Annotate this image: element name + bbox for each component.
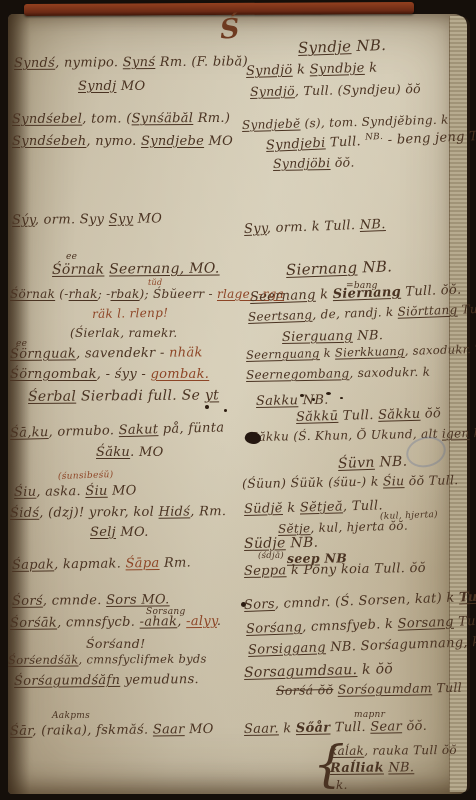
manuscript-line: Śorśagumdśăfn yemuduns. (14, 673, 199, 688)
manuscript-line: Śörnak (-rhak; -rbak); Śbŭeerr - rlage, … (10, 288, 284, 300)
manuscript-line: Siernang NB. (286, 259, 393, 278)
manuscript-line: räk l. rlenp! (92, 307, 168, 320)
ink-speck (241, 602, 246, 607)
ink-speck (205, 405, 209, 409)
manuscript-line: Śiu, aska. Śiu MO (14, 484, 137, 499)
manuscript-line: Śörngombak, - śyy - gombak. (10, 368, 209, 381)
manuscript-line: Sorsagumdsau. k ŏŏ (244, 662, 393, 680)
manuscript-line: kaĺak, rauka Tull ŏŏ (330, 744, 457, 757)
superscript-note: (śunsibeśŭ) (58, 471, 114, 482)
manuscript-line: Sĕtje, kul, hjerta ŏŏ. (278, 520, 408, 535)
ink-speck (326, 392, 331, 395)
superscript-note: Aakpms (52, 712, 90, 721)
manuscript-line: Syndś, nymipo. Synś Rm. (F. bibă) (14, 55, 248, 70)
manuscript-line: Śorś, cmnde. Sors MO. (12, 593, 170, 608)
manuscript-line: Syndje NB. (298, 38, 387, 56)
manuscript-line: Săkkū Tull. Săkku ŏŏ (296, 407, 441, 424)
manuscript-line: Śapak, kapmak. Śāpa Rm. (12, 557, 191, 572)
manuscript-line: Südje NB. (244, 536, 319, 551)
manuscript-line: Sorśá ŏŏ Sorśogumdam Tull (276, 682, 462, 698)
manuscript-line: Śorśāk, cmnsfycb. -ahak, -alyy. (10, 615, 221, 630)
manuscript-line: Seernegombang, saxodukr. k (246, 366, 430, 381)
ink-speck (312, 398, 315, 401)
manuscript-line: Selj MO. (90, 526, 149, 539)
manuscript-line: Sýy, orm. Syy Syy MO (12, 212, 162, 227)
manuscript-line: (Śierlak, ramekr. (70, 327, 177, 339)
manuscript-line: Syndśebel, tom. (Synśäbăl Rm.) (12, 112, 230, 126)
manuscript-line: Śorśendśăk, cmnsfyclifmek byds (8, 654, 207, 667)
manuscript-line: Śerbal Sierbadi full. Se yt (28, 388, 219, 404)
manuscript-line: Sakku NB. (256, 394, 329, 408)
manuscript-line: Śörnak Seernang, MO. (52, 262, 220, 277)
manuscript-line: Südjĕ k Sĕtjeă, Tull. (244, 499, 383, 516)
manuscript-line: Syndśebeh, nymo. Syndjebe MO (12, 135, 233, 148)
manuscript-line: Śăku. MO (96, 446, 164, 459)
superscript-note: tŭd (148, 279, 162, 287)
manuscript-line: Śidś, (dzj)! yrokr, kol Hidś, Rm. (10, 505, 226, 520)
manuscript-line: Syndjö k Syndbje k (246, 62, 378, 78)
manuscript-line: Śörnguak, savendekr - nhäk (10, 346, 203, 361)
ink-speck (300, 394, 304, 397)
brace-mark: { (313, 737, 345, 792)
manuscript-line: Śüvn NB. (338, 455, 408, 471)
superscript-note: ee (66, 253, 77, 262)
manuscript-line: Syndjöbi ŏŏ. (273, 157, 355, 171)
page-header-letter: Ś (219, 13, 241, 45)
manuscript-line: Śār, (raika), fskmăś. Saar MO (10, 723, 214, 738)
manuscript-line: Saar. k Sőår Tull. Sear ŏŏ. (244, 720, 427, 736)
manuscript-line: Syndj MO (78, 80, 146, 93)
manuscript-line: Syndjö, Tull. (Syndjeu) ŏŏ (250, 83, 421, 98)
manuscript-line: Seppa k Pony koia Tull. ŏŏ (244, 562, 426, 578)
ink-speck (340, 397, 343, 399)
ink-speck (224, 409, 227, 412)
manuscript-line: Sierguang NB. (282, 329, 383, 344)
manuscript-line: Śorśand! (86, 638, 145, 651)
